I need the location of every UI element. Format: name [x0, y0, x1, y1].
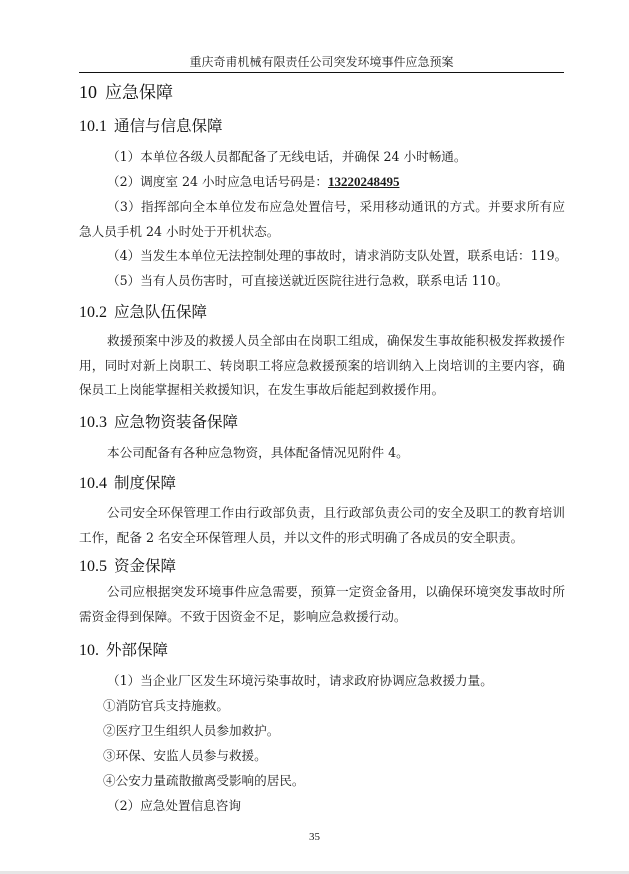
section-number: 10.5 [79, 558, 107, 575]
section-title: 制度保障 [114, 474, 176, 492]
paragraph: 公司安全环保管理工作由行政部负责，且行政部负责公司的安全及职工的教育培训工作，配… [79, 501, 565, 550]
section-title: 资金保障 [114, 557, 176, 575]
paragraph: 救援预案中涉及的救援人员全部由在岗职工组成，确保发生事故能积极发挥救援作用，同时… [79, 329, 565, 403]
section-heading-external: 10.外部保障 [79, 640, 168, 661]
section-heading-10-4: 10.4制度保障 [79, 473, 176, 494]
section-number: 10.3 [79, 414, 107, 431]
running-header: 重庆奇甫机械有限责任公司突发环境事件应急预案 [79, 54, 564, 72]
paragraph: （3）指挥部向全本单位发布应急处置信号，采用移动通讯的方式。并要求所有应急人员手… [79, 195, 565, 244]
section-heading-10-1: 10.1通信与信息保障 [79, 116, 223, 137]
paragraph: （1）本单位各级人员都配备了无线电话，并确保 24 小时畅通。 [107, 145, 565, 170]
paragraph: 本公司配备有各种应急物资，具体配备情况见附件 4。 [107, 441, 565, 466]
paragraph: 公司应根据突发环境事件应急需要，预算一定资金备用，以确保环境突发事故时所需资金得… [79, 580, 565, 629]
section-number: 10.1 [79, 118, 107, 135]
page-number: 35 [0, 831, 629, 843]
paragraph: （5）当有人员伤害时，可直接送就近医院往进行急救，联系电话 110。 [107, 269, 565, 294]
section-title: 外部保障 [106, 641, 168, 659]
chapter-number: 10 [79, 82, 97, 102]
section-title: 通信与信息保障 [114, 117, 223, 135]
list-item: ②医疗卫生组织人员参加救护。 [103, 719, 589, 744]
chapter-title: 应急保障 [105, 83, 173, 103]
chapter-heading: 10应急保障 [79, 81, 173, 104]
section-title: 应急队伍保障 [114, 303, 207, 321]
paragraph: （4）当发生本单位无法控制处理的事故时，请求消防支队处置，联系电话：119。 [107, 244, 565, 269]
document-page: 重庆奇甫机械有限责任公司突发环境事件应急预案 10应急保障 10.1通信与信息保… [0, 0, 629, 874]
section-heading-10-3: 10.3应急物资装备保障 [79, 412, 238, 433]
section-title: 应急物资装备保障 [114, 413, 238, 431]
hotline-number: 13220248495 [328, 174, 400, 189]
paragraph: （2）应急处置信息咨询 [107, 794, 565, 819]
section-number: 10.2 [79, 304, 107, 321]
section-heading-10-5: 10.5资金保障 [79, 556, 176, 577]
section-number: 10. [79, 642, 99, 659]
list-item: ①消防官兵支持施救。 [103, 694, 589, 719]
section-number: 10.4 [79, 475, 107, 492]
header-rule [79, 72, 564, 73]
list-item: ③环保、安监人员参与救援。 [103, 744, 589, 769]
list-item: ④公安力量疏散撤离受影响的居民。 [103, 769, 589, 794]
paragraph: （1）当企业厂区发生环境污染事故时，请求政府协调应急救援力量。 [107, 669, 565, 694]
paragraph-hotline: （2）调度室 24 小时应急电话号码是：13220248495 [107, 170, 565, 195]
hotline-label: （2）调度室 24 小时应急电话号码是： [107, 174, 328, 189]
section-heading-10-2: 10.2应急队伍保障 [79, 302, 207, 323]
